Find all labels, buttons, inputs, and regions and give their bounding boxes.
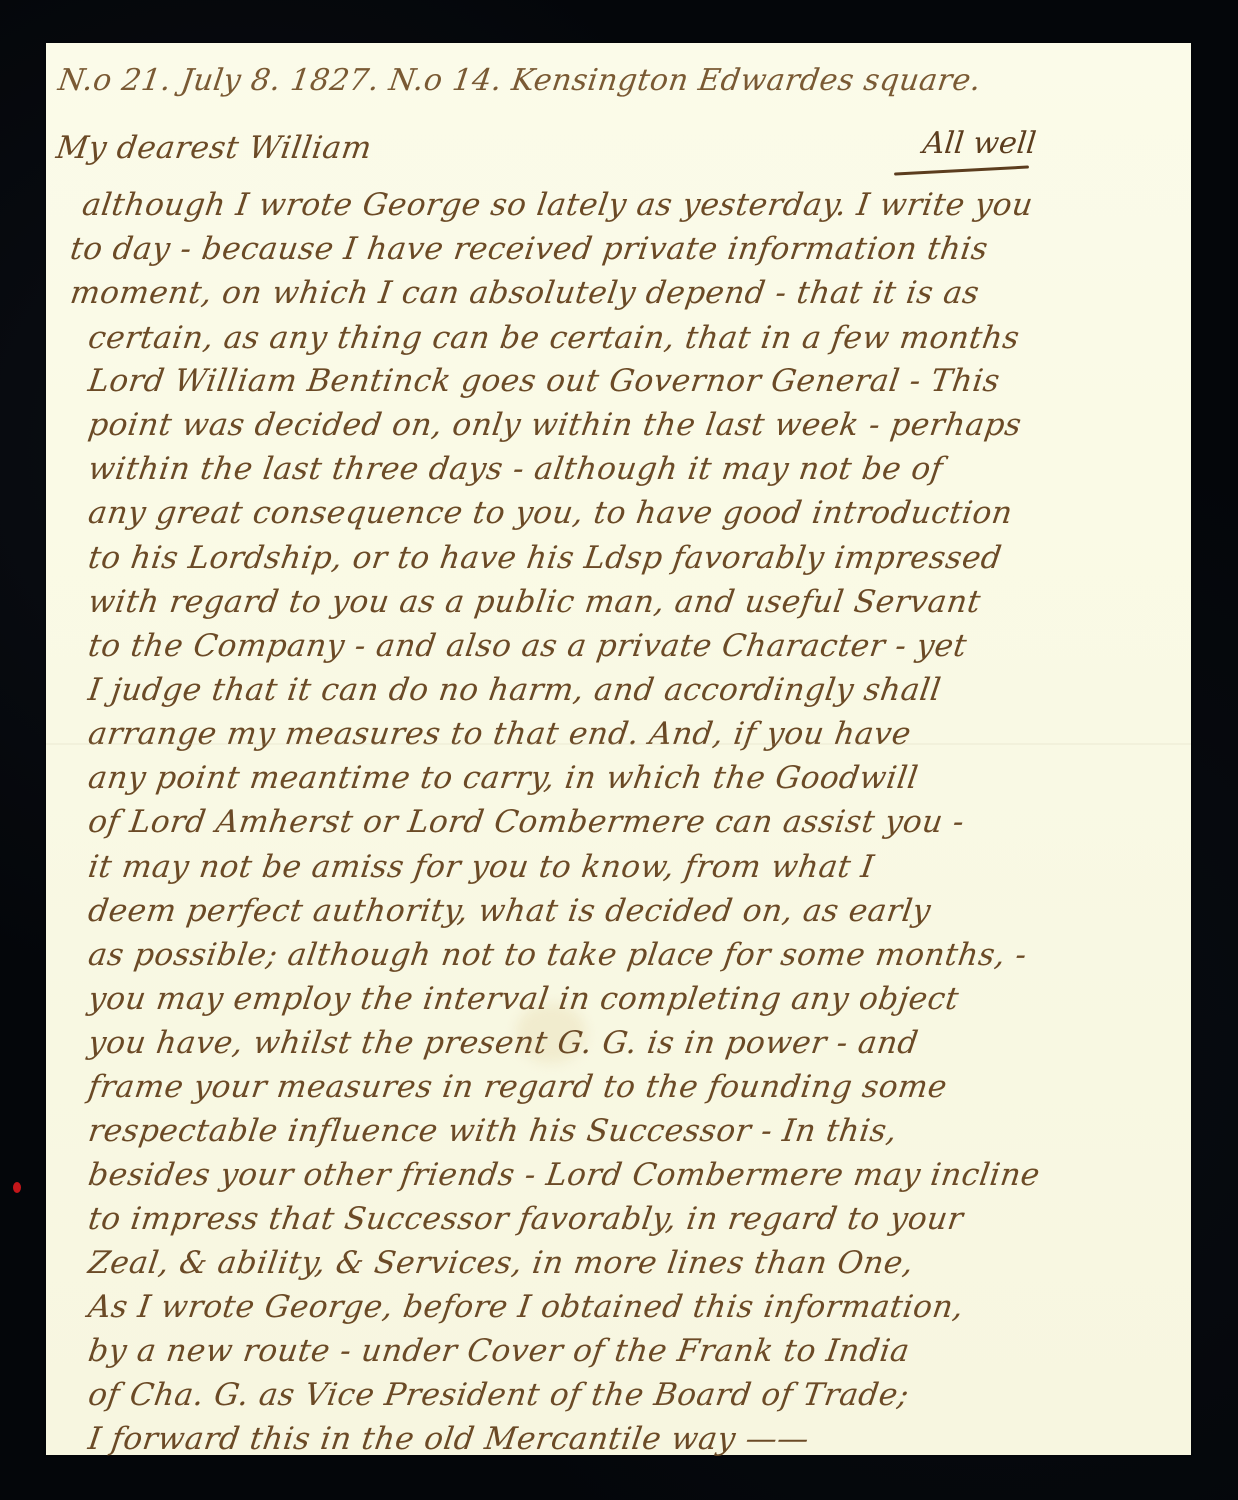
body-line: of Lord Amherst or Lord Combermere can a…: [86, 804, 967, 840]
body-line: with regard to you as a public man, and …: [86, 584, 983, 620]
body-line: certain, as any thing can be certain, th…: [86, 320, 1022, 356]
body-line: any great consequence to you, to have go…: [86, 495, 1015, 531]
letter-page: N.o 21. July 8. 1827. N.o 14. Kensington…: [46, 43, 1191, 1455]
body-line: moment, on which I can absolutely depend…: [68, 275, 982, 311]
body-line: you may employ the interval in completin…: [86, 981, 961, 1017]
body-line: of Cha. G. as Vice President of the Boar…: [86, 1377, 911, 1413]
red-spot-mark: [13, 1182, 21, 1193]
body-line: to his Lordship, or to have his Ldsp fav…: [86, 540, 1004, 576]
body-line: As I wrote George, before I obtained thi…: [86, 1289, 966, 1325]
body-line: frame your measures in regard to the fou…: [86, 1069, 949, 1105]
body-line: I forward this in the old Mercantile way…: [86, 1421, 811, 1457]
body-line: by a new route - under Cover of the Fran…: [86, 1333, 912, 1369]
body-line: to day - because I have received private…: [68, 231, 990, 267]
body-line: I judge that it can do no harm, and acco…: [86, 672, 943, 708]
body-line: to impress that Successor favorably, in …: [86, 1201, 966, 1237]
body-line: it may not be amiss for you to know, fro…: [86, 849, 876, 885]
body-line: although I wrote George so lately as yes…: [80, 187, 1035, 223]
annotation-underline: [894, 165, 1029, 175]
body-line: Zeal, & ability, & Services, in more lin…: [86, 1245, 916, 1281]
body-line: Lord William Bentinck goes out Governor …: [86, 363, 1002, 399]
all-well-annotation: All well: [921, 126, 1038, 161]
body-line: any point meantime to carry, in which th…: [86, 760, 920, 796]
salutation: My dearest William: [54, 130, 374, 166]
body-line: respectable influence with his Successor…: [86, 1113, 899, 1149]
body-line: you have, whilst the present G. G. is in…: [86, 1025, 921, 1061]
body-line: to the Company - and also as a private C…: [86, 628, 969, 664]
body-line: arrange my measures to that end. And, if…: [86, 716, 913, 752]
body-line: besides your other friends - Lord Comber…: [86, 1157, 1042, 1193]
body-line: deem perfect authority, what is decided …: [86, 893, 933, 929]
letter-header: N.o 21. July 8. 1827. N.o 14. Kensington…: [56, 63, 983, 98]
body-line: within the last three days - although it…: [86, 451, 945, 487]
body-line: as possible; although not to take place …: [86, 937, 1029, 973]
body-line: point was decided on, only within the la…: [86, 407, 1024, 443]
letter-content: N.o 21. July 8. 1827. N.o 14. Kensington…: [46, 43, 1191, 1455]
